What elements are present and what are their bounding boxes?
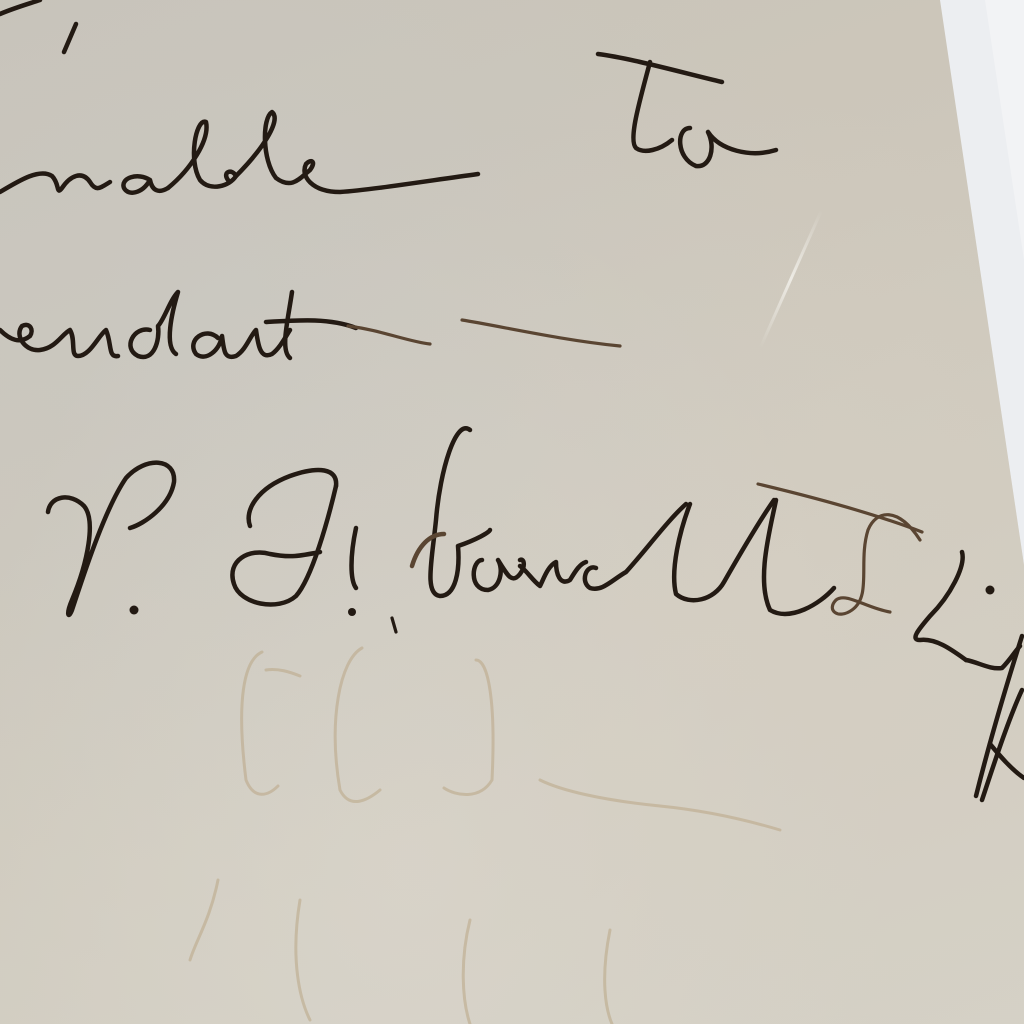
signature [48,428,1024,800]
top-fragment [0,0,76,52]
faded-bleed-through-text [190,648,780,1024]
line-enable-to [0,54,776,193]
handwriting [0,0,1024,1024]
line-defendant [0,292,620,358]
